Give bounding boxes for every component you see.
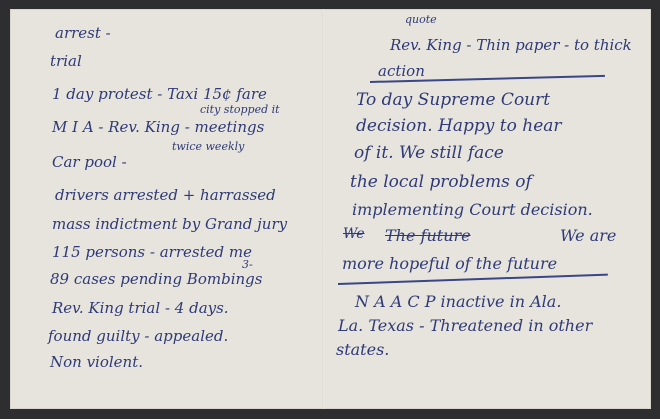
note-line: N A A C P inactive in Ala.	[355, 292, 561, 311]
note-line: twice weekly	[172, 140, 244, 153]
note-line: La. Texas - Threatened in other	[338, 316, 592, 335]
note-line: 115 persons - arrested me	[52, 243, 252, 261]
note-line: 89 cases pending Bombings	[50, 270, 262, 288]
note-line: arrest -	[55, 24, 111, 42]
note-line: trial	[50, 52, 82, 70]
note-line: Rev. King - Thin paper - to thick	[390, 36, 632, 54]
note-line: city stopped it	[200, 103, 280, 116]
struck-phrase: The future	[385, 226, 471, 245]
note-line: To day Supreme Court	[356, 90, 550, 110]
note-line: 1 day protest - Taxi 15¢ fare	[52, 85, 267, 103]
note-line: Car pool -	[52, 153, 127, 171]
note-line: the local problems of	[350, 172, 532, 192]
note-line: action	[378, 62, 425, 80]
note-line: M I A - Rev. King - meetings	[52, 118, 264, 136]
note-line: drivers arrested + harrassed	[55, 186, 276, 204]
note-line: Rev. King trial - 4 days.	[52, 299, 229, 317]
note-line: implementing Court decision.	[352, 200, 593, 219]
struck-word: We	[343, 226, 365, 242]
note-line: decision. Happy to hear	[356, 116, 562, 136]
page-fold	[322, 9, 324, 409]
note-line: of it. We still face	[354, 143, 504, 163]
note-line: We are	[560, 226, 616, 245]
note-line: found guilty - appealed.	[48, 327, 228, 345]
note-line: mass indictment by Grand jury	[52, 215, 287, 233]
note-line: quote	[405, 13, 437, 26]
note-line: more hopeful of the future	[342, 254, 557, 273]
note-line: states.	[336, 340, 389, 359]
note-line: Non violent.	[50, 353, 143, 371]
